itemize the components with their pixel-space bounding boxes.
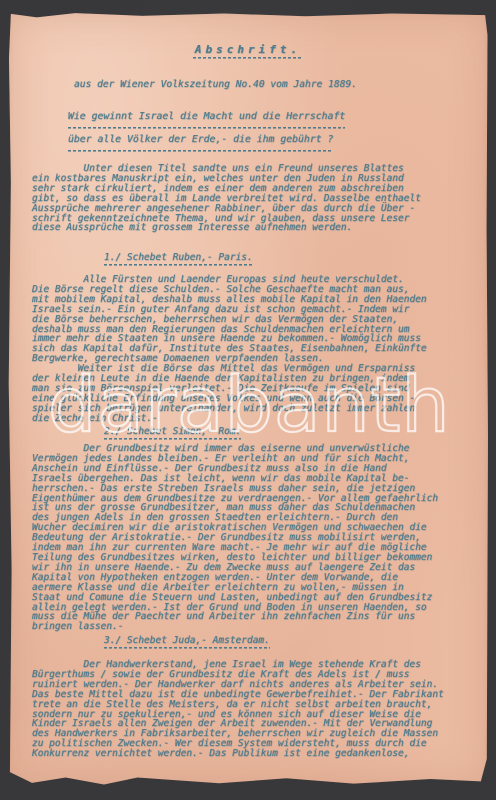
- headline-line-2: über alle Völker der Erde,- die ihm gebü…: [68, 129, 345, 152]
- section-3-body: Der Handwerkerstand, jene Israel im Wege…: [32, 660, 444, 759]
- section-3-heading: 3./ Schebet Juda,- Amsterdam.: [104, 635, 270, 649]
- document-title-text: Abschrift.: [193, 43, 303, 59]
- section-1-body: Alle Fürsten und Laender Europas sind he…: [32, 275, 427, 424]
- section-2-body: Der Grundbesitz wird immer das eiserne u…: [32, 444, 438, 632]
- section-1-heading: 1./ Schebet Ruben,- Paris.: [104, 252, 253, 266]
- photo-backdrop: { "colors": { "backdrop": "#38383a", "pa…: [0, 0, 496, 800]
- section-2-heading: 2./ Schebet Simon,- Rom.: [104, 426, 241, 440]
- intro-paragraph: Unter diesen Titel sandte uns ein Freund…: [32, 164, 421, 233]
- headline-line-1: Wie gewinnt Israel die Macht und die Her…: [68, 106, 345, 129]
- document-title: Abschrift.: [8, 43, 488, 59]
- source-line: aus der Wiener Volkszeitung No.40 vom Ja…: [74, 79, 357, 90]
- document-paper: Abschrift. aus der Wiener Volkszeitung N…: [8, 12, 488, 786]
- document-headline: Wie gewinnt Israel die Macht und die Her…: [68, 106, 345, 152]
